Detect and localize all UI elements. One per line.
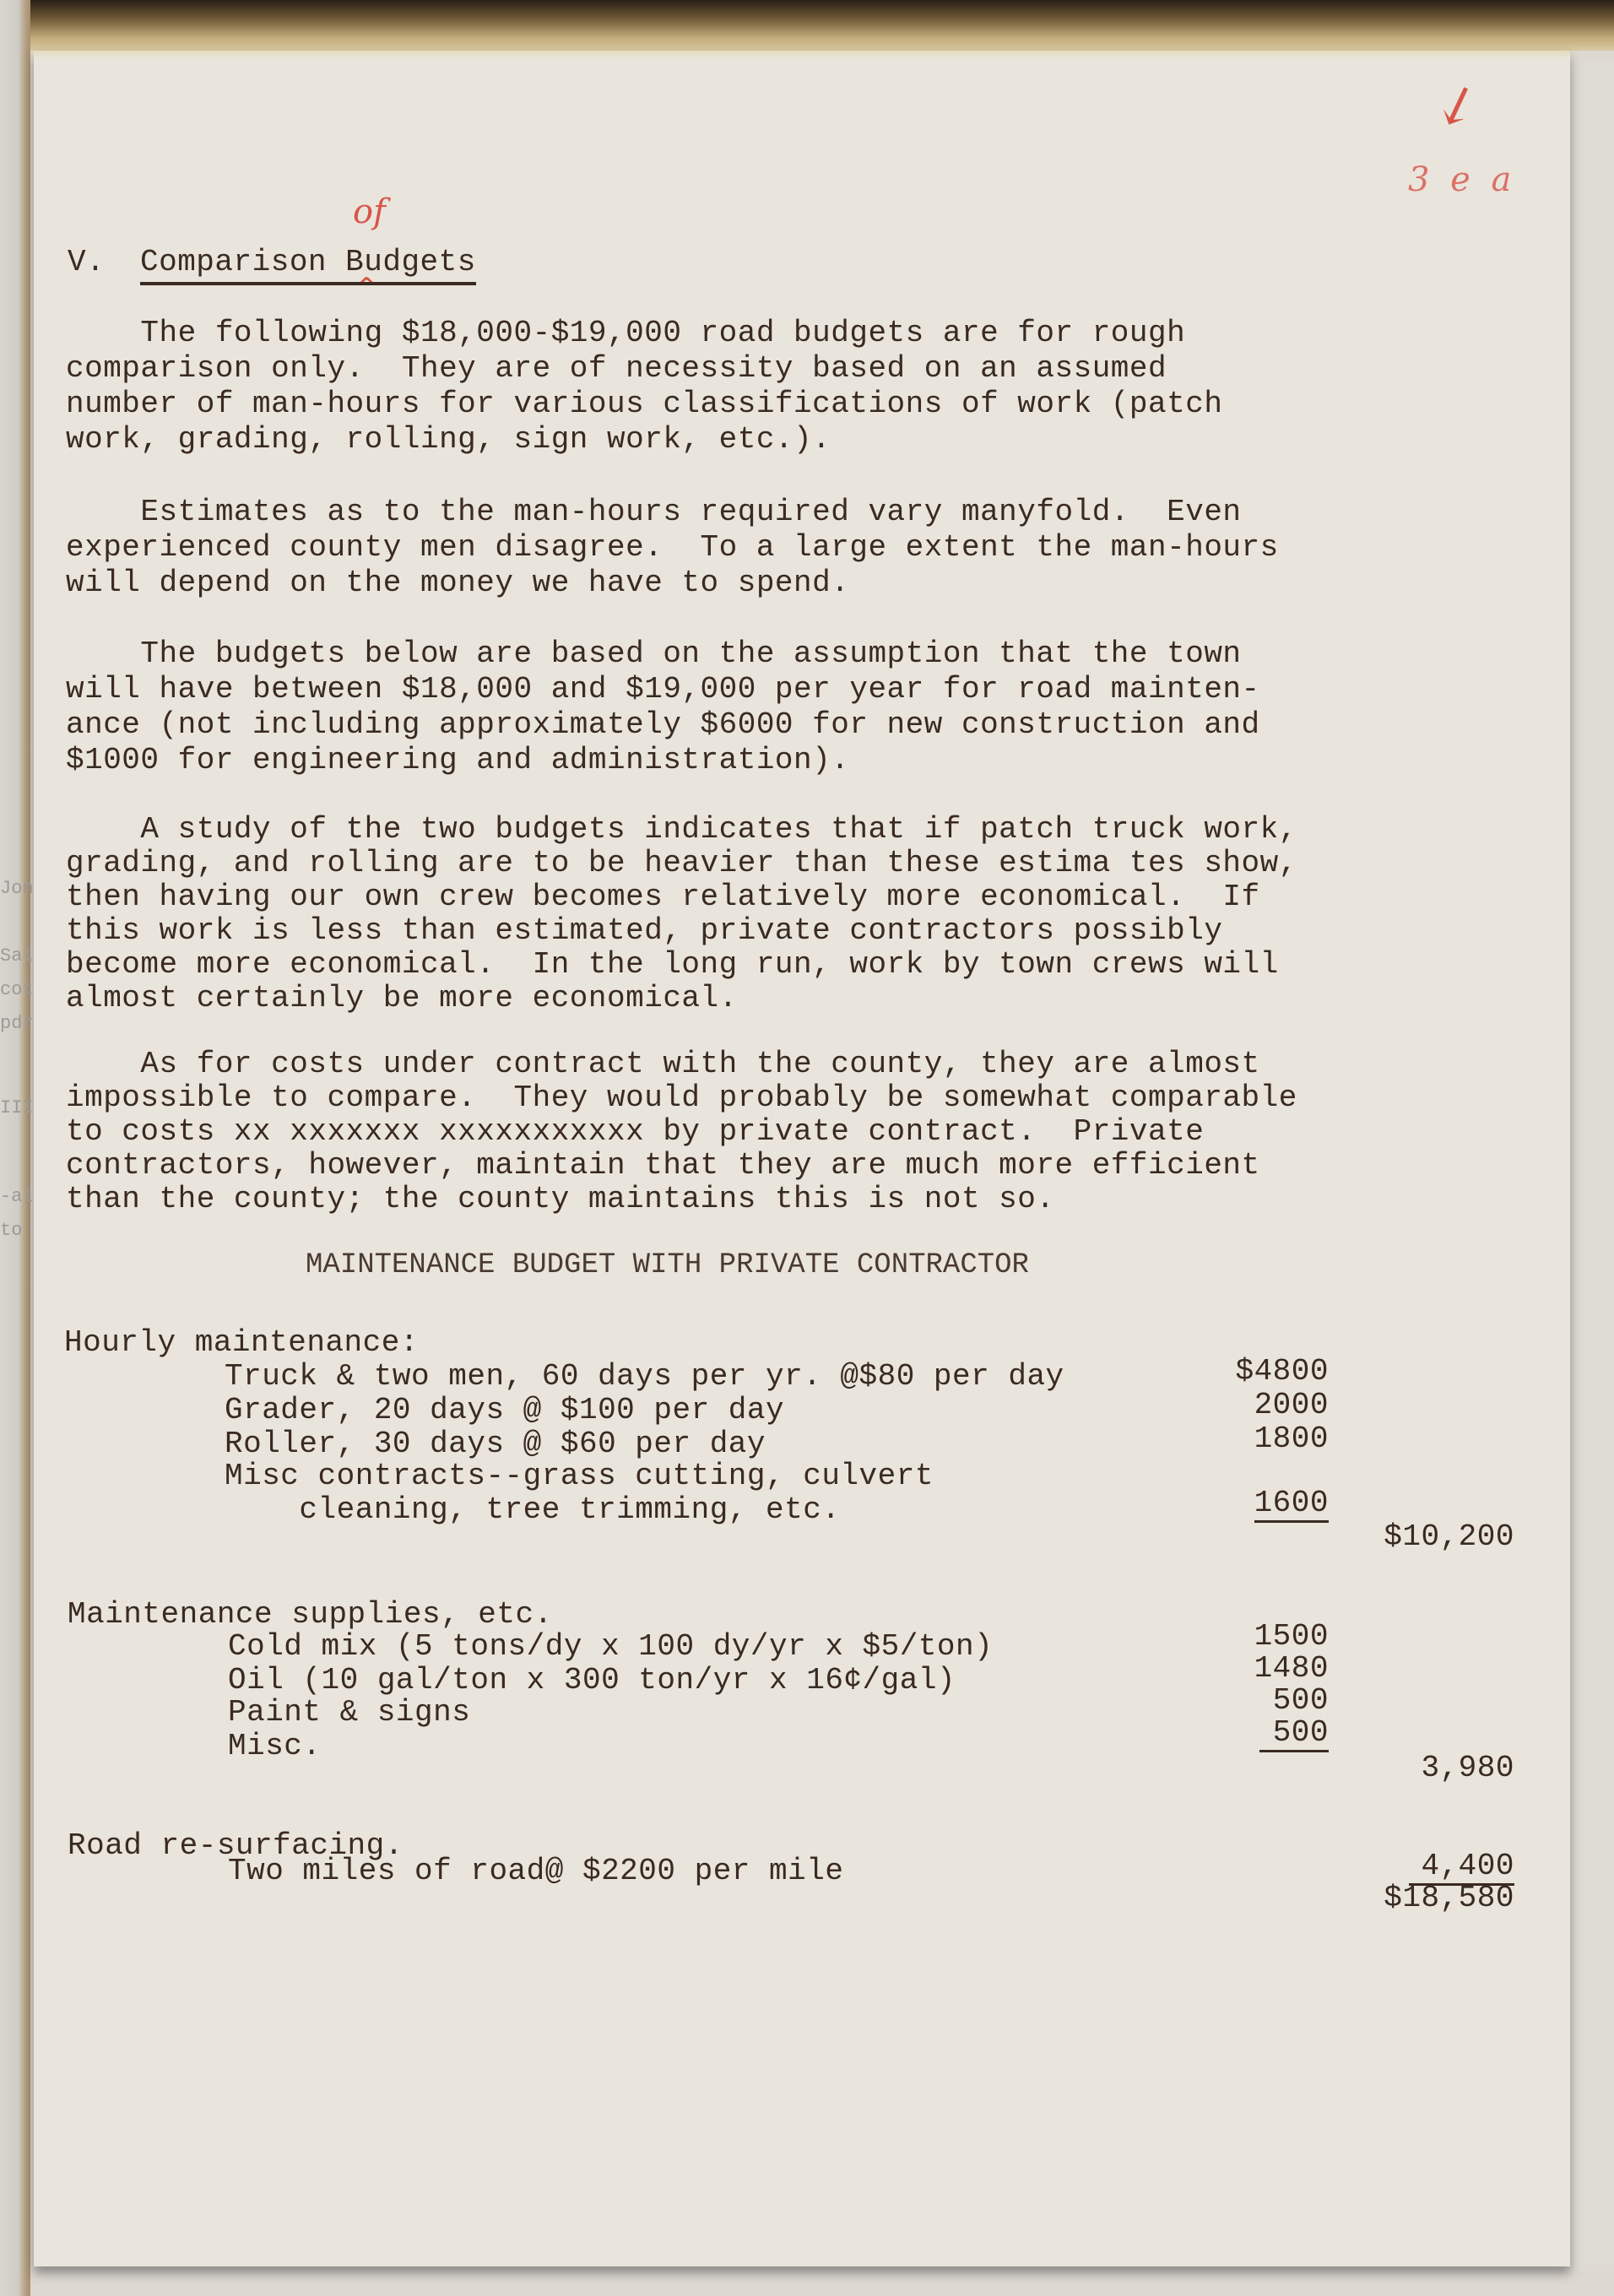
paragraph-line: ance (not including approximately $6000 … (66, 707, 1260, 743)
paragraph-line: contractors, however, maintain that they… (66, 1148, 1260, 1183)
paragraph-line: A study of the two budgets indicates tha… (66, 812, 1297, 847)
budget-section-label: Hourly maintenance: (64, 1325, 419, 1361)
section-number: V. (68, 245, 105, 280)
paragraph-line: will have between $18,000 and $19,000 pe… (66, 672, 1260, 707)
budget-item-amount: 2000 (1194, 1388, 1329, 1423)
binder-top-edge (0, 0, 1614, 51)
paragraph-line: than the county; the county maintains th… (66, 1182, 1055, 1217)
budget-item-desc: Roller, 30 days @ $60 per day (225, 1427, 766, 1462)
budget-section-label: Maintenance supplies, etc. (68, 1597, 553, 1633)
budget-item-desc: Cold mix (5 tons/dy x 100 dy/yr x $5/ton… (228, 1629, 993, 1665)
paragraph-line: $1000 for engineering and administration… (66, 743, 849, 778)
paragraph-line: The following $18,000-$19,000 road budge… (66, 316, 1185, 351)
paragraph-line: this work is less than estimated, privat… (66, 913, 1222, 949)
margin-ghost-text: III (0, 1097, 34, 1118)
budget-title: MAINTENANCE BUDGET WITH PRIVATE CONTRACT… (306, 1248, 1029, 1283)
paragraph-line: almost certainly be more economical. (66, 981, 738, 1016)
paragraph-line: grading, and rolling are to be heavier t… (66, 846, 1297, 881)
paragraph-line: impossible to compare. They would probab… (66, 1080, 1297, 1116)
margin-ghost-text: Jon (0, 878, 34, 899)
underlined-amount: 500 (1259, 1715, 1329, 1752)
underlying-page-edge (1570, 59, 1614, 2271)
budget-item-desc: Two miles of road@ $2200 per mile (228, 1854, 843, 1889)
paragraph-line: comparison only. They are of necessity b… (66, 351, 1167, 387)
budget-subtotal: 4,400 (1362, 1849, 1514, 1884)
paragraph-line: number of man-hours for various classifi… (66, 387, 1222, 422)
budget-item-desc: Paint & signs (228, 1695, 470, 1730)
insertion-word-annotation: of (353, 192, 386, 231)
budget-item-amount: 500 (1194, 1683, 1329, 1719)
page-top-band (34, 51, 1570, 59)
budget-item-amount: 500 (1194, 1715, 1329, 1751)
budget-subtotal: $10,200 (1371, 1519, 1514, 1555)
margin-ghost-text: pdr (0, 1013, 34, 1034)
budget-item-desc: cleaning, tree trimming, etc. (225, 1492, 840, 1528)
paragraph-line: then having our own crew becomes relativ… (66, 880, 1260, 915)
margin-ghost-text: Sal (0, 945, 34, 967)
budget-item-desc: Misc. (228, 1729, 322, 1764)
paragraph-line: Estimates as to the man-hours required v… (66, 495, 1242, 530)
budget-item-desc: Misc contracts--grass cutting, culvert (225, 1459, 934, 1494)
budget-item-desc: Oil (10 gal/ton x 300 ton/yr x 16¢/gal) (228, 1663, 956, 1698)
budget-item-desc: Grader, 20 days @ $100 per day (225, 1393, 784, 1428)
budget-item-amount: 1600 (1194, 1486, 1329, 1521)
budget-item-desc: Truck & two men, 60 days per yr. @$80 pe… (225, 1359, 1064, 1394)
paragraph-line: will depend on the money we have to spen… (66, 566, 849, 601)
budget-subtotal: 3,980 (1371, 1751, 1514, 1786)
margin-ghost-text: to (0, 1220, 22, 1241)
margin-ghost-text: cot (0, 979, 34, 1000)
budget-item-amount: 1800 (1194, 1421, 1329, 1457)
paragraph-line: become more economical. In the long run,… (66, 947, 1279, 983)
underlined-amount: 1600 (1254, 1486, 1329, 1523)
budget-grand-total: $18,580 (1362, 1881, 1514, 1916)
paragraph-line: experienced county men disagree. To a la… (66, 530, 1279, 566)
binder-spine (0, 0, 30, 2296)
paragraph-line-with-strikeout: to costs xx xxxxxxx xxxxxxxxxxx by priva… (66, 1114, 1204, 1150)
paragraph-line: As for costs under contract with the cou… (66, 1047, 1260, 1082)
budget-item-amount: $4800 (1194, 1354, 1329, 1389)
paragraph-line: work, grading, rolling, sign work, etc.)… (66, 422, 831, 458)
budget-item-amount: 1500 (1194, 1619, 1329, 1654)
margin-ghost-text: -al (0, 1186, 34, 1207)
page-mark-annotation: 3 e a (1408, 160, 1516, 199)
budget-item-amount: 1480 (1194, 1651, 1329, 1687)
section-title: Comparison Budgets (140, 245, 476, 285)
paragraph-line: The budgets below are based on the assum… (66, 636, 1242, 672)
